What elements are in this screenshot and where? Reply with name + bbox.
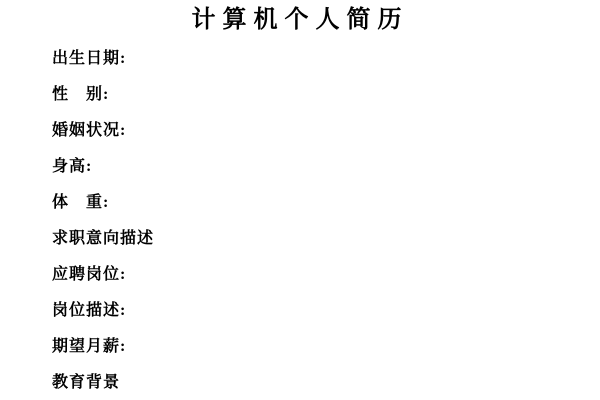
field-row: 出生日期: xyxy=(52,38,600,74)
field-label-job-description: 岗位描述: xyxy=(52,297,126,320)
resume-document-page: 计算机个人简历 出生日期: 性 别: 婚姻状况: 身高: 体 重: 求职意向描述… xyxy=(0,0,600,400)
field-row: 婚姻状况: xyxy=(52,110,600,146)
field-label-gender: 性 别: xyxy=(52,81,109,104)
field-label-weight: 体 重: xyxy=(52,189,109,212)
section-heading-job-intention: 求职意向描述 xyxy=(52,225,154,248)
field-row: 性 别: xyxy=(52,74,600,110)
field-row: 求职意向描述 xyxy=(52,218,600,254)
field-label-height: 身高: xyxy=(52,153,92,176)
field-row: 岗位描述: xyxy=(52,290,600,326)
page-title: 计算机个人简历 xyxy=(0,0,600,34)
section-heading-education: 教育背景 xyxy=(52,369,120,392)
field-label-expected-salary: 期望月薪: xyxy=(52,333,126,356)
field-row: 教育背景 xyxy=(52,362,600,398)
field-label-marital-status: 婚姻状况: xyxy=(52,117,126,140)
field-row: 应聘岗位: xyxy=(52,254,600,290)
field-label-position-applied: 应聘岗位: xyxy=(52,261,126,284)
field-label-birth-date: 出生日期: xyxy=(52,45,126,68)
field-row: 期望月薪: xyxy=(52,326,600,362)
field-row: 身高: xyxy=(52,146,600,182)
field-row: 体 重: xyxy=(52,182,600,218)
field-list: 出生日期: 性 别: 婚姻状况: 身高: 体 重: 求职意向描述 应聘岗位: 岗… xyxy=(0,38,600,398)
